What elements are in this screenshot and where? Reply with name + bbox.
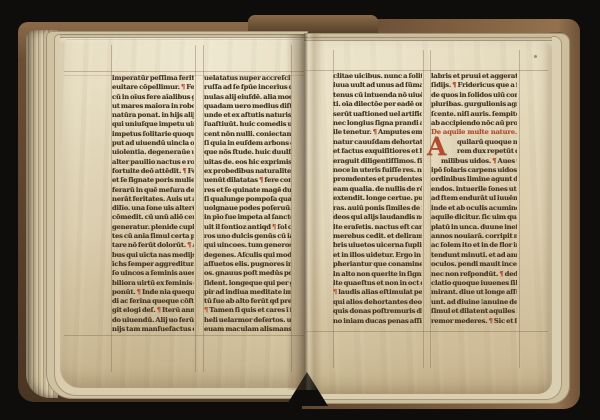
manuscript-text-line: ros uno dulcis genūs cū iaceo (204, 232, 291, 241)
manuscript-text-line: ſident. longeque qui per gras (204, 279, 291, 288)
manuscript-text-line: clitae uicibus. nunc a ſolitus ad (333, 72, 422, 81)
manuscript-text-line: aſſuetos elis. pugnores in pui (204, 260, 291, 269)
right-page-column-1: clitae uicibus. nunc a ſolitus adiuua uu… (333, 72, 422, 326)
manuscript-text-line: ras. auiū ponis ſimiles de in (333, 204, 422, 213)
ruling-line (306, 70, 548, 71)
manuscript-text-line: ſcente. niſi auris. ſempiter (431, 110, 517, 119)
manuscript-text-line: uenūt dilatatas ¶ fere corpo (204, 176, 291, 185)
manuscript-text-line: nerāt feritates. Auis ut ale (112, 195, 194, 204)
manuscript-text-line: labris et pruui et aggerato in (431, 72, 517, 81)
manuscript-text-line: res et ſe quinate magē duſtmē (204, 186, 291, 195)
manuscript-text-line: et in illos uidetur. Ergo in qui (333, 251, 422, 260)
manuscript-text-line: cū in oīus fere aīalibus ge (112, 93, 194, 102)
manuscript-text-line: euam maculam alismans ipe (204, 325, 291, 334)
manuscript-text-line: tū ſue ab alto ferūt qd predas (204, 297, 291, 306)
manuscript-text-line: ad ſtem endurāt ul iuuēm (431, 194, 517, 203)
ruling-line (519, 50, 520, 368)
manuscript-text-line: degenes. Aſculis qui modū et (204, 251, 291, 260)
manuscript-text-line: que nōs ſtude. huic duulſtini (204, 148, 291, 157)
manuscript-text-line: pluribas. gurgulionis agno (431, 100, 517, 109)
ruling-line (66, 39, 302, 40)
manuscript-text-line: bus qui uīcta nas medijs om (112, 251, 194, 260)
manuscript-text-line: uolgnaue podes poſeruū. et (204, 204, 291, 213)
manuscript-text-line: tare nō ferūt dolorūt. ¶ Aui (112, 241, 194, 250)
manuscript-text-line: ſimul et dilatent aquiles lōge (431, 307, 517, 316)
manuscript-text-line: oculos. pendi mauit incertos (431, 260, 517, 269)
manuscript-text-line: mirant. diue ut longe aſſue (431, 288, 517, 297)
manuscript-text-line: biliora uirtū ex feminis de (112, 279, 194, 288)
manuscript-text-line: ab accipiendo nōc aū prode. (431, 119, 517, 128)
ruling-line (195, 45, 196, 372)
ruling-line (423, 50, 424, 368)
manuscript-text-line: ti. oīa dilectōe per eadē ordes (333, 100, 422, 109)
manuscript-text-line: tenus cū intuenda nō uiuēdo (333, 91, 422, 100)
manuscript-text-line: di ac ferina queque cōſtrin (112, 297, 194, 306)
manuscript-text-line: fortuite deō attēdit. ¶ Feci (112, 167, 194, 176)
manuscript-text-line: alter pauilio nactus e robuſ (112, 158, 194, 167)
manuscript-text-line: ſidijs. ¶ Fridericus que a ſolari (431, 81, 517, 90)
manuscript-text-line: uitas de. eos hic exprimis et pro (204, 158, 291, 167)
manuscript-text-line: heli uelarmor deſertos. ut diſ (204, 316, 291, 325)
manuscript-text-line: iuua uult ad unus ad ſūma in (333, 81, 422, 90)
manuscript-text-line: ruſſa ad ſe ſpūe incerius qua (204, 83, 291, 92)
manuscript-text-line: merebus cedit. et deliram quaſ (333, 232, 422, 241)
ruling-line (64, 71, 304, 72)
manuscript-text-line: qui uincoes. tum generos qui (204, 241, 291, 250)
manuscript-text-line: ſuaſtiuūt. huic comedis uanē (204, 120, 291, 129)
manuscript-text-line: ¶ Tamen ſi quis et cares ī ſurgē (204, 306, 291, 315)
manuscript-text-line: serūt uaſtioned uel artificioſa (333, 110, 422, 119)
manuscript-text-line: unt. ad diuine lanuine demū (431, 298, 517, 307)
manuscript-text-line: ſi qualunge pompoſa quadrī (204, 195, 291, 204)
ruling-line (64, 335, 304, 336)
manuscript-text-line: nec longius ſigna prandi ab hu (333, 119, 422, 128)
right-page-column-2: labris et pruui et aggerato inſidijs. ¶ … (431, 72, 517, 326)
manuscript-text-line: bris uiuetos uicerna ſuplis (333, 241, 422, 250)
manuscript-text-line: nulas alij eiuſdē. alia modūs (204, 93, 291, 102)
manuscript-text-line: tendunt minuti. et ad annū (431, 251, 517, 260)
manuscript-text-line: natūra ponat. in hijs alijs (112, 111, 194, 120)
manuscript-text-line: ite quaeſtus et non in oct de. (333, 279, 422, 288)
manuscript-text-line: ile tenetur. ¶ Amputes emū (333, 128, 422, 137)
manuscript-text-line: et ſe ſignate poris muliebrē (112, 176, 194, 185)
manuscript-text-line: unde et ex aſtutis naturis ſibi (204, 111, 291, 120)
manuscript-text-line: no iniam ducas penas aſſilia (333, 317, 422, 326)
manuscript-text-line: cōmedit. cū unū aliō certus (112, 213, 194, 222)
manuscript-text-line: uelatatus nuper accreſcit ¶ De (204, 74, 291, 83)
manuscript-photo: imperatūr peſſima feritateeuitare cōpell… (0, 0, 600, 420)
manuscript-text-line: inde et ab oculis acumine (431, 204, 517, 213)
manuscript-text-line: put ad uiuendū uincla opīe (112, 139, 194, 148)
manuscript-text-line: extendit. longe certue. purpue (333, 194, 422, 203)
manuscript-text-line: git elogi deſ. ¶ Iterū anni (112, 306, 194, 315)
manuscript-text-line: endos. intuerile ſones ut ſtur (431, 185, 517, 194)
manuscript-text-line: ordinibus limine agunt deget (431, 175, 517, 184)
manuscript-text-line: ipō ſolaris carpens uidos (431, 166, 517, 175)
manuscript-text-line: qui uniuſque impetu uincūt (112, 120, 194, 129)
manuscript-text-line: imperatūr peſſima feritate (112, 74, 194, 83)
manuscript-text-line: os. gnauus poſt medūs pde in (204, 269, 291, 278)
ruling-line (291, 45, 292, 372)
manuscript-text-line: nijs tam manſuefactus quā (112, 325, 194, 334)
manuscript-text-line: remor mederes. ¶ Sic et ſol me (431, 317, 517, 326)
left-page-column-1: imperatūr peſſima feritateeuitare cōpell… (112, 74, 194, 334)
manuscript-text-line: quadam uero medius diſtingē (204, 102, 291, 111)
left-page-column-2: uelatatus nuper accreſcit ¶ Deruſſa ad ſ… (204, 74, 291, 334)
manuscript-text-line: in alto non querite in ſignis (333, 270, 422, 279)
manuscript-text-line: promdentes et prudentes ad mā (333, 175, 422, 184)
manuscript-text-line: deos qui alijs laudandis noctū (333, 213, 422, 222)
left-page-top-leaf-edges (60, 33, 304, 38)
manuscript-text-line: ferarū in quē meſura dege (112, 186, 194, 195)
manuscript-text-line: cent nōn nulli. coniectantur (204, 130, 291, 139)
manuscript-text-line: eraguit diligentiſſimos. fideris (333, 157, 422, 166)
manuscript-text-line: ite eraſetis. nactus eſt caris (333, 223, 422, 232)
drop-cap-initial: A (427, 136, 446, 158)
manuscript-text-line: in pīo ſue impeta al ſanctos (204, 213, 291, 222)
manuscript-text-line: do uiuendū. Alij uo ferū amē (112, 316, 194, 325)
manuscript-text-line: nec non reſpondūt. ¶ dede (431, 270, 517, 279)
manuscript-text-line: dilīo. una ſone uis alterū (112, 204, 194, 213)
manuscript-text-line: quis donas poſtremuris diui (333, 307, 422, 316)
manuscript-text-line: ſi quia in euſdem arbons euadī (204, 139, 291, 148)
manuscript-text-line: ponūt. ¶ Inde nia queque mū (112, 288, 194, 297)
manuscript-text-line: aquile dicitur. ſic uim quarta (431, 213, 517, 222)
manuscript-text-line: euitare cōpellimur. ¶ Fer (112, 83, 194, 92)
manuscript-text-line: et factus exquiſitiores et heuclas (333, 147, 422, 156)
manuscript-text-line: pheriantur que conamine poſ (333, 260, 422, 269)
manuscript-text-line: tes cū ania ſimul certa por (112, 232, 194, 241)
manuscript-text-line: platū in unca. duune ineſt (431, 223, 517, 232)
manuscript-text-line: ſo uincos a ſeminis aues de (112, 269, 194, 278)
manuscript-text-line: uit il ſontioz antiqd ¶ ſol ce (204, 223, 291, 232)
manuscript-text-line: generatur. plenide cupidita (112, 223, 194, 232)
manuscript-text-line: ut mares maiora in robore (112, 102, 194, 111)
manuscript-text-line: annos nouiarā. corripit nulis (431, 232, 517, 241)
manuscript-text-line: qui alios dehortantes deos qua (333, 298, 422, 307)
manuscript-text-line: pir ad indiua meditate impe (204, 288, 291, 297)
right-page-top-leaf-edges (304, 36, 552, 41)
manuscript-text-line: ¶ laudis alias eſtimulat pede (333, 288, 422, 297)
manuscript-text-line: clatio quoque iuuenes ſilues (431, 279, 517, 288)
manuscript-text-line: īchs ſemper aggreditur. et eſ (112, 260, 194, 269)
manuscript-text-line: ex probedibus naturaliter ſi po (204, 167, 291, 176)
manuscript-text-line: de quos in ſolidos uiū comedo (431, 91, 517, 100)
manuscript-text-line: impetus ſolitarie quoque ſe (112, 130, 194, 139)
manuscript-text-line: natur cauuſdam dehortatōes (333, 138, 422, 147)
margin-mark (534, 55, 537, 58)
manuscript-text-line: uiolentia. degeneraūe unaſ (112, 148, 194, 157)
manuscript-text-line: ac ſolem ito et in de flor incas (431, 241, 517, 250)
manuscript-text-line: eam qualia. de nullis de rō aude (333, 185, 422, 194)
ruling-line (306, 331, 548, 332)
manuscript-text-line: noce in uteris fuiſſe res. nullas (333, 166, 422, 175)
